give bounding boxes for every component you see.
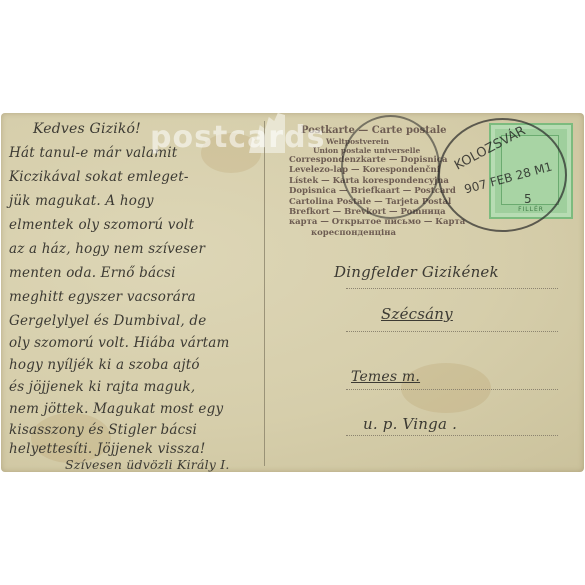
address-name: Dingfelder Gizikének bbox=[334, 263, 499, 281]
message-line: kisasszony és Stigler bácsi bbox=[9, 422, 197, 438]
message-line: elmentek oly szomorú volt bbox=[9, 217, 194, 233]
message-line: menten oda. Ernő bácsi bbox=[9, 265, 176, 281]
address-county: Temes m. bbox=[351, 369, 420, 385]
message-signature: Szívesen üdvözli Király I. bbox=[65, 457, 230, 472]
message-line: az a ház, hogy nem szíveser bbox=[9, 241, 205, 257]
message-greeting: Kedves Gizikó! bbox=[33, 121, 141, 137]
postcard: Postkarte — Carte postale Weltpostverein… bbox=[1, 113, 584, 472]
postmark-number: 5 bbox=[524, 192, 532, 206]
message-line: helyettesíti. Jöjjenek vissza! bbox=[9, 441, 205, 457]
message-line: meghitt egyszer vacsorára bbox=[9, 289, 196, 305]
message-line: és jöjjenek ki rajta maguk, bbox=[9, 379, 195, 395]
watermark: postcards bbox=[150, 120, 325, 155]
card-divider bbox=[264, 121, 265, 466]
address-post: u. p. Vinga . bbox=[363, 415, 457, 433]
message-line: nem jöttek. Magukat most egy bbox=[9, 401, 223, 417]
message-line: Gergelylyel és Dumbival, de bbox=[9, 313, 206, 329]
postmark-arc bbox=[341, 115, 440, 219]
address-line bbox=[346, 435, 558, 436]
message-line: hogy nyíljék ki a szoba ajtó bbox=[9, 357, 200, 373]
message-line: Kiczikával sokat emleget- bbox=[9, 169, 189, 185]
message-line: jük magukat. A hogy bbox=[9, 193, 154, 209]
address-town: Szécsány bbox=[381, 305, 453, 323]
language-line: кореспонденціна bbox=[289, 228, 465, 238]
language-line: карта — Открытое письмо — Карта bbox=[289, 217, 465, 227]
address-line bbox=[346, 288, 558, 289]
message-line: oly szomorú volt. Hiába vártam bbox=[9, 335, 230, 351]
address-line bbox=[346, 331, 558, 332]
address-line bbox=[346, 389, 558, 390]
